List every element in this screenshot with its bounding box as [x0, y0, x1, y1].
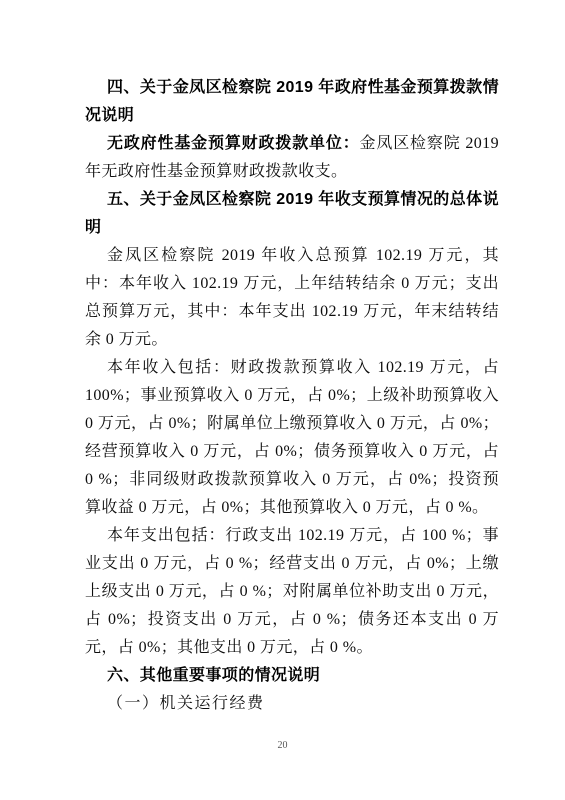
section-4-heading: 四、关于金凤区检察院 2019 年政府性基金预算拨款情况说明	[85, 74, 499, 130]
section-6-item-1: （一）机关运行经费	[85, 690, 499, 718]
section-5-overview-paragraph: 金凤区检察院 2019 年收入总预算 102.19 万元，其中：本年收入 102…	[85, 242, 499, 354]
page-number: 20	[0, 740, 565, 751]
section-5-expense-paragraph: 本年支出包括：行政支出 102.19 万元，占 100 %；事业支出 0 万元，…	[85, 522, 499, 662]
section-6-heading: 六、其他重要事项的情况说明	[85, 662, 499, 690]
document-body: 四、关于金凤区检察院 2019 年政府性基金预算拨款情况说明 无政府性基金预算财…	[85, 74, 499, 718]
section-5-heading: 五、关于金凤区检察院 2019 年收支预算情况的总体说明	[85, 186, 499, 242]
section-4-paragraph-lead: 无政府性基金预算财政拨款单位：	[107, 135, 360, 152]
section-4-paragraph: 无政府性基金预算财政拨款单位：金凤区检察院 2019 年无政府性基金预算财政拨款…	[85, 130, 499, 186]
section-5-income-paragraph: 本年收入包括：财政拨款预算收入 102.19 万元，占 100%；事业预算收入 …	[85, 354, 499, 522]
document-page: 四、关于金凤区检察院 2019 年政府性基金预算拨款情况说明 无政府性基金预算财…	[0, 0, 565, 800]
